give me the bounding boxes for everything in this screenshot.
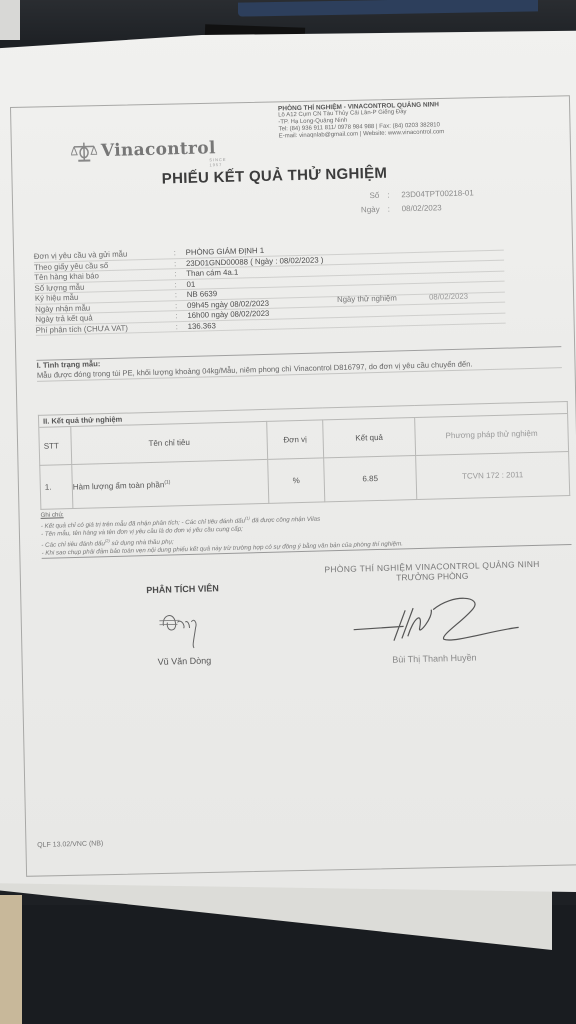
number-label: Số bbox=[347, 189, 379, 204]
vinacontrol-logo: Vinacontrol SINCE 1957 bbox=[71, 137, 216, 163]
info-value: 09h45 ngày 08/02/2023 bbox=[187, 298, 269, 309]
hand bbox=[0, 895, 22, 1024]
row-unit: % bbox=[268, 458, 325, 503]
analyst-role: PHÂN TÍCH VIÊN bbox=[122, 583, 242, 596]
sample-condition-section: I. Tình trạng mẫu: Mẫu được đóng trong t… bbox=[36, 346, 561, 382]
analyst-signature bbox=[153, 599, 214, 651]
head-signature bbox=[343, 585, 525, 650]
test-date: Ngày thử nghiệm 08/02/2023 bbox=[337, 291, 468, 305]
note-text: đã được công nhận Vilas bbox=[252, 516, 321, 525]
form-code: QLF 13.02/VNC (NB) bbox=[37, 840, 103, 849]
header-stt: STT bbox=[39, 427, 72, 466]
logo-since: SINCE 1957 bbox=[209, 157, 226, 167]
document-content: PHÒNG THÍ NGHIỆM - VINACONTROL QUẢNG NIN… bbox=[30, 98, 576, 872]
header-unit: Đơn vị bbox=[267, 420, 324, 459]
logo-text: Vinacontrol bbox=[101, 138, 216, 161]
analyst-name: Vũ Văn Dòng bbox=[124, 655, 244, 668]
note-mark: (2) bbox=[105, 538, 110, 543]
scales-icon bbox=[71, 140, 98, 163]
row-result: 6.85 bbox=[324, 456, 417, 502]
head-signature-block: PHÒNG THÍ NGHIỆM VINACONTROL QUẢNG NINH … bbox=[287, 558, 576, 668]
header-method: Phương pháp thử nghiệm bbox=[415, 414, 569, 456]
document-title: PHIẾU KẾT QUẢ THỬ NGHIỆM bbox=[162, 165, 388, 188]
lab-header: PHÒNG THÍ NGHIỆM - VINACONTROL QUẢNG NIN… bbox=[278, 99, 539, 141]
document-meta: Số : 23D04TPT00218-01 Ngày : 08/02/2023 bbox=[347, 186, 474, 217]
row-name-cell: Hàm lượng ẩm toàn phần(1) bbox=[72, 459, 269, 508]
head-name: Bùi Thị Thanh Huyền bbox=[289, 650, 576, 668]
row-method: TCVN 172 : 2011 bbox=[416, 452, 570, 500]
document-number: 23D04TPT00218-01 bbox=[401, 186, 474, 202]
document-date: 08/02/2023 bbox=[401, 201, 441, 216]
sample-info-table: Đơn vị yêu cầu và gửi mẫu: PHÒNG GIÁM ĐỊ… bbox=[34, 240, 506, 336]
row-name: Hàm lượng ẩm toàn phần bbox=[73, 480, 165, 491]
note-mark: (1) bbox=[245, 515, 250, 520]
results-table: II. Kết quả thử nghiệm STT Tên chỉ tiêu … bbox=[38, 401, 570, 510]
test-report-paper: PHÒNG THÍ NGHIỆM - VINACONTROL QUẢNG NIN… bbox=[0, 22, 576, 892]
row-stt: 1. bbox=[40, 465, 73, 510]
date-label: Ngày bbox=[348, 203, 380, 218]
row-mark: (1) bbox=[164, 479, 170, 485]
analyst-signature-block: PHÂN TÍCH VIÊN Vũ Văn Dòng bbox=[122, 583, 244, 668]
header-result: Kết quả bbox=[323, 418, 416, 458]
desk-edge bbox=[0, 0, 20, 40]
test-date-label: Ngày thử nghiệm bbox=[337, 293, 397, 304]
test-date-value: 08/02/2023 bbox=[429, 291, 468, 301]
header-name: Tên chỉ tiêu bbox=[71, 421, 268, 464]
